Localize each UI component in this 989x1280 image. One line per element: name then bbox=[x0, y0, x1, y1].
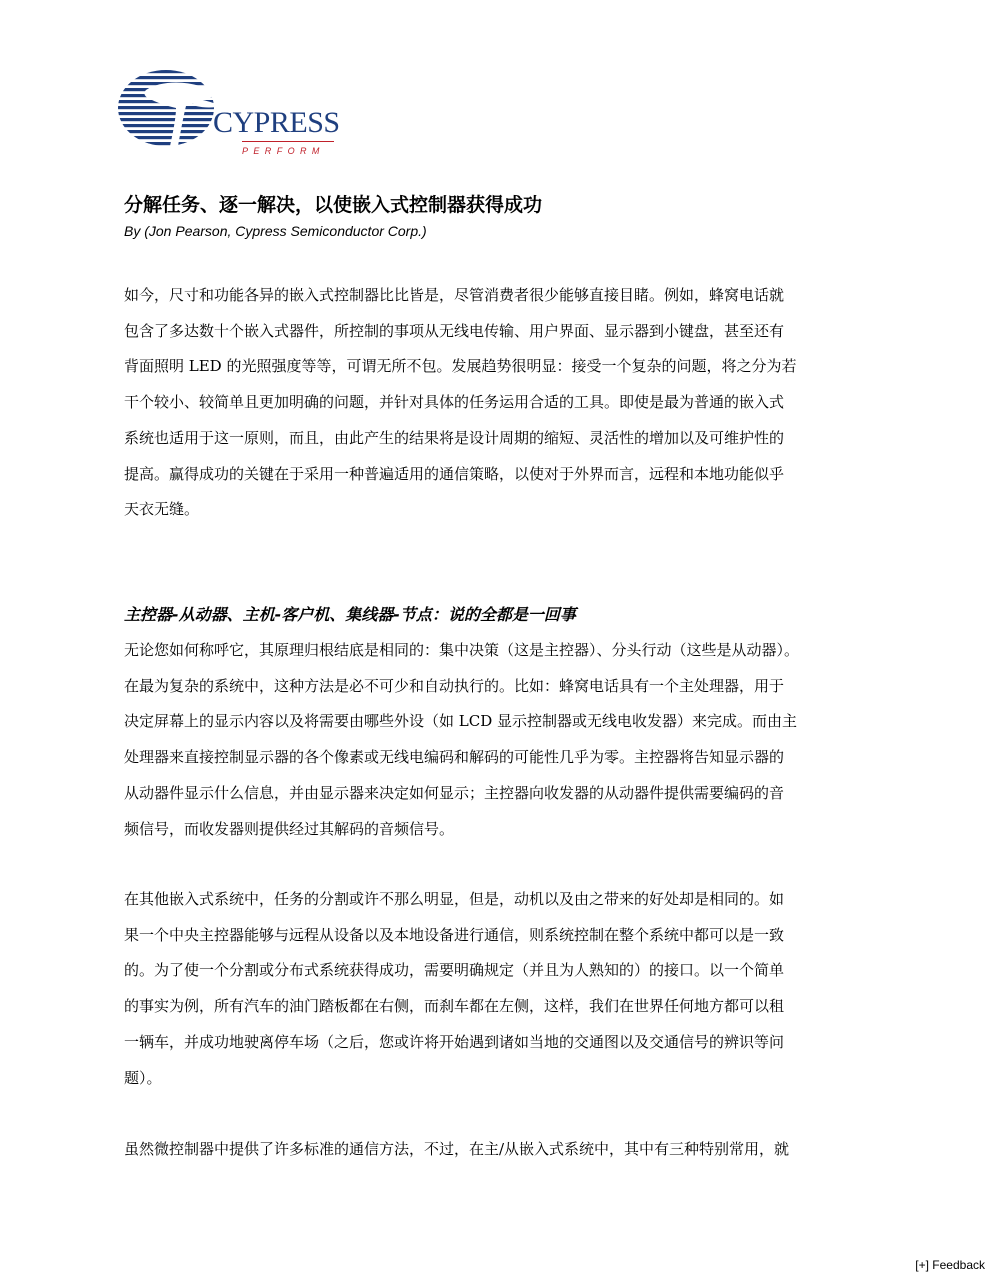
text-line: 的事实为例，所有汽车的油门踏板都在右侧，而刹车都在左侧，这样，我们在世界任何地方… bbox=[124, 989, 864, 1025]
text-line: 果一个中央主控器能够与远程从设备以及本地设备进行通信，则系统控制在整个系统中都可… bbox=[124, 918, 864, 954]
text-line: 包含了多达数十个嵌入式器件，所控制的事项从无线电传输、用户界面、显示器到小键盘，… bbox=[124, 314, 864, 350]
logo-wordmark: CYPRESS bbox=[213, 108, 340, 138]
body-paragraph: 在其他嵌入式系统中，任务的分割或许不那么明显，但是，动机以及由之带来的好处却是相… bbox=[124, 882, 864, 1096]
text-line: 的。为了使一个分割或分布式系统获得成功，需要明确规定（并且为人熟知的）的接口。以… bbox=[124, 953, 864, 989]
text-line: 频信号，而收发器则提供经过其解码的音频信号。 bbox=[124, 812, 864, 848]
text-line: 无论您如何称呼它，其原理归根结底是相同的：集中决策（这是主控器）、分头行动（这些… bbox=[124, 633, 864, 669]
text-line: 题）。 bbox=[124, 1061, 864, 1097]
text-line: 虽然微控制器中提供了许多标准的通信方法，不过，在主/从嵌入式系统中，其中有三种特… bbox=[124, 1132, 864, 1168]
intro-paragraph: 如今，尺寸和功能各异的嵌入式控制器比比皆是，尽管消费者很少能够直接目睹。例如，蜂… bbox=[124, 278, 864, 528]
body-paragraph: 无论您如何称呼它，其原理归根结底是相同的：集中决策（这是主控器）、分头行动（这些… bbox=[124, 633, 864, 847]
cypress-logo: CYPRESS PERFORM bbox=[118, 68, 338, 160]
cypress-globe-icon bbox=[118, 68, 228, 148]
text-line: 如今，尺寸和功能各异的嵌入式控制器比比皆是，尽管消费者很少能够直接目睹。例如，蜂… bbox=[124, 278, 864, 314]
text-line: 决定屏幕上的显示内容以及将需要由哪些外设（如 LCD 显示控制器或无线电收发器）… bbox=[124, 704, 864, 740]
text-line: 背面照明 LED 的光照强度等等，可谓无所不包。发展趋势很明显：接受一个复杂的问… bbox=[124, 349, 864, 385]
text-line: 一辆车，并成功地驶离停车场（之后，您或许将开始遇到诸如当地的交通图以及交通信号的… bbox=[124, 1025, 864, 1061]
text-line: 系统也适用于这一原则，而且，由此产生的结果将是设计周期的缩短、灵活性的增加以及可… bbox=[124, 421, 864, 457]
text-line: 在其他嵌入式系统中，任务的分割或许不那么明显，但是，动机以及由之带来的好处却是相… bbox=[124, 882, 864, 918]
logo-divider bbox=[242, 141, 334, 142]
author-byline: By (Jon Pearson, Cypress Semiconductor C… bbox=[124, 222, 427, 240]
document-title: 分解任务、逐一解决，以使嵌入式控制器获得成功 bbox=[124, 192, 542, 218]
text-line: 从动器件显示什么信息，并由显示器来决定如何显示；主控器向收发器的从动器件提供需要… bbox=[124, 776, 864, 812]
text-line: 处理器来直接控制显示器的各个像素或无线电编码和解码的可能性几乎为零。主控器将告知… bbox=[124, 740, 864, 776]
text-line: 天衣无缝。 bbox=[124, 492, 864, 528]
section-heading: 主控器-从动器、主机-客户机、集线器-节点：说的全都是一回事 bbox=[124, 602, 576, 628]
body-paragraph: 虽然微控制器中提供了许多标准的通信方法，不过，在主/从嵌入式系统中，其中有三种特… bbox=[124, 1132, 864, 1168]
logo-tagline: PERFORM bbox=[242, 146, 325, 156]
text-line: 干个较小、较简单且更加明确的问题，并针对具体的任务运用合适的工具。即使是最为普通… bbox=[124, 385, 864, 421]
text-line: 提高。赢得成功的关键在于采用一种普遍适用的通信策略，以使对于外界而言，远程和本地… bbox=[124, 457, 864, 493]
text-line: 在最为复杂的系统中，这种方法是必不可少和自动执行的。比如：蜂窝电话具有一个主处理… bbox=[124, 669, 864, 705]
feedback-link[interactable]: [+] Feedback bbox=[915, 1258, 985, 1272]
